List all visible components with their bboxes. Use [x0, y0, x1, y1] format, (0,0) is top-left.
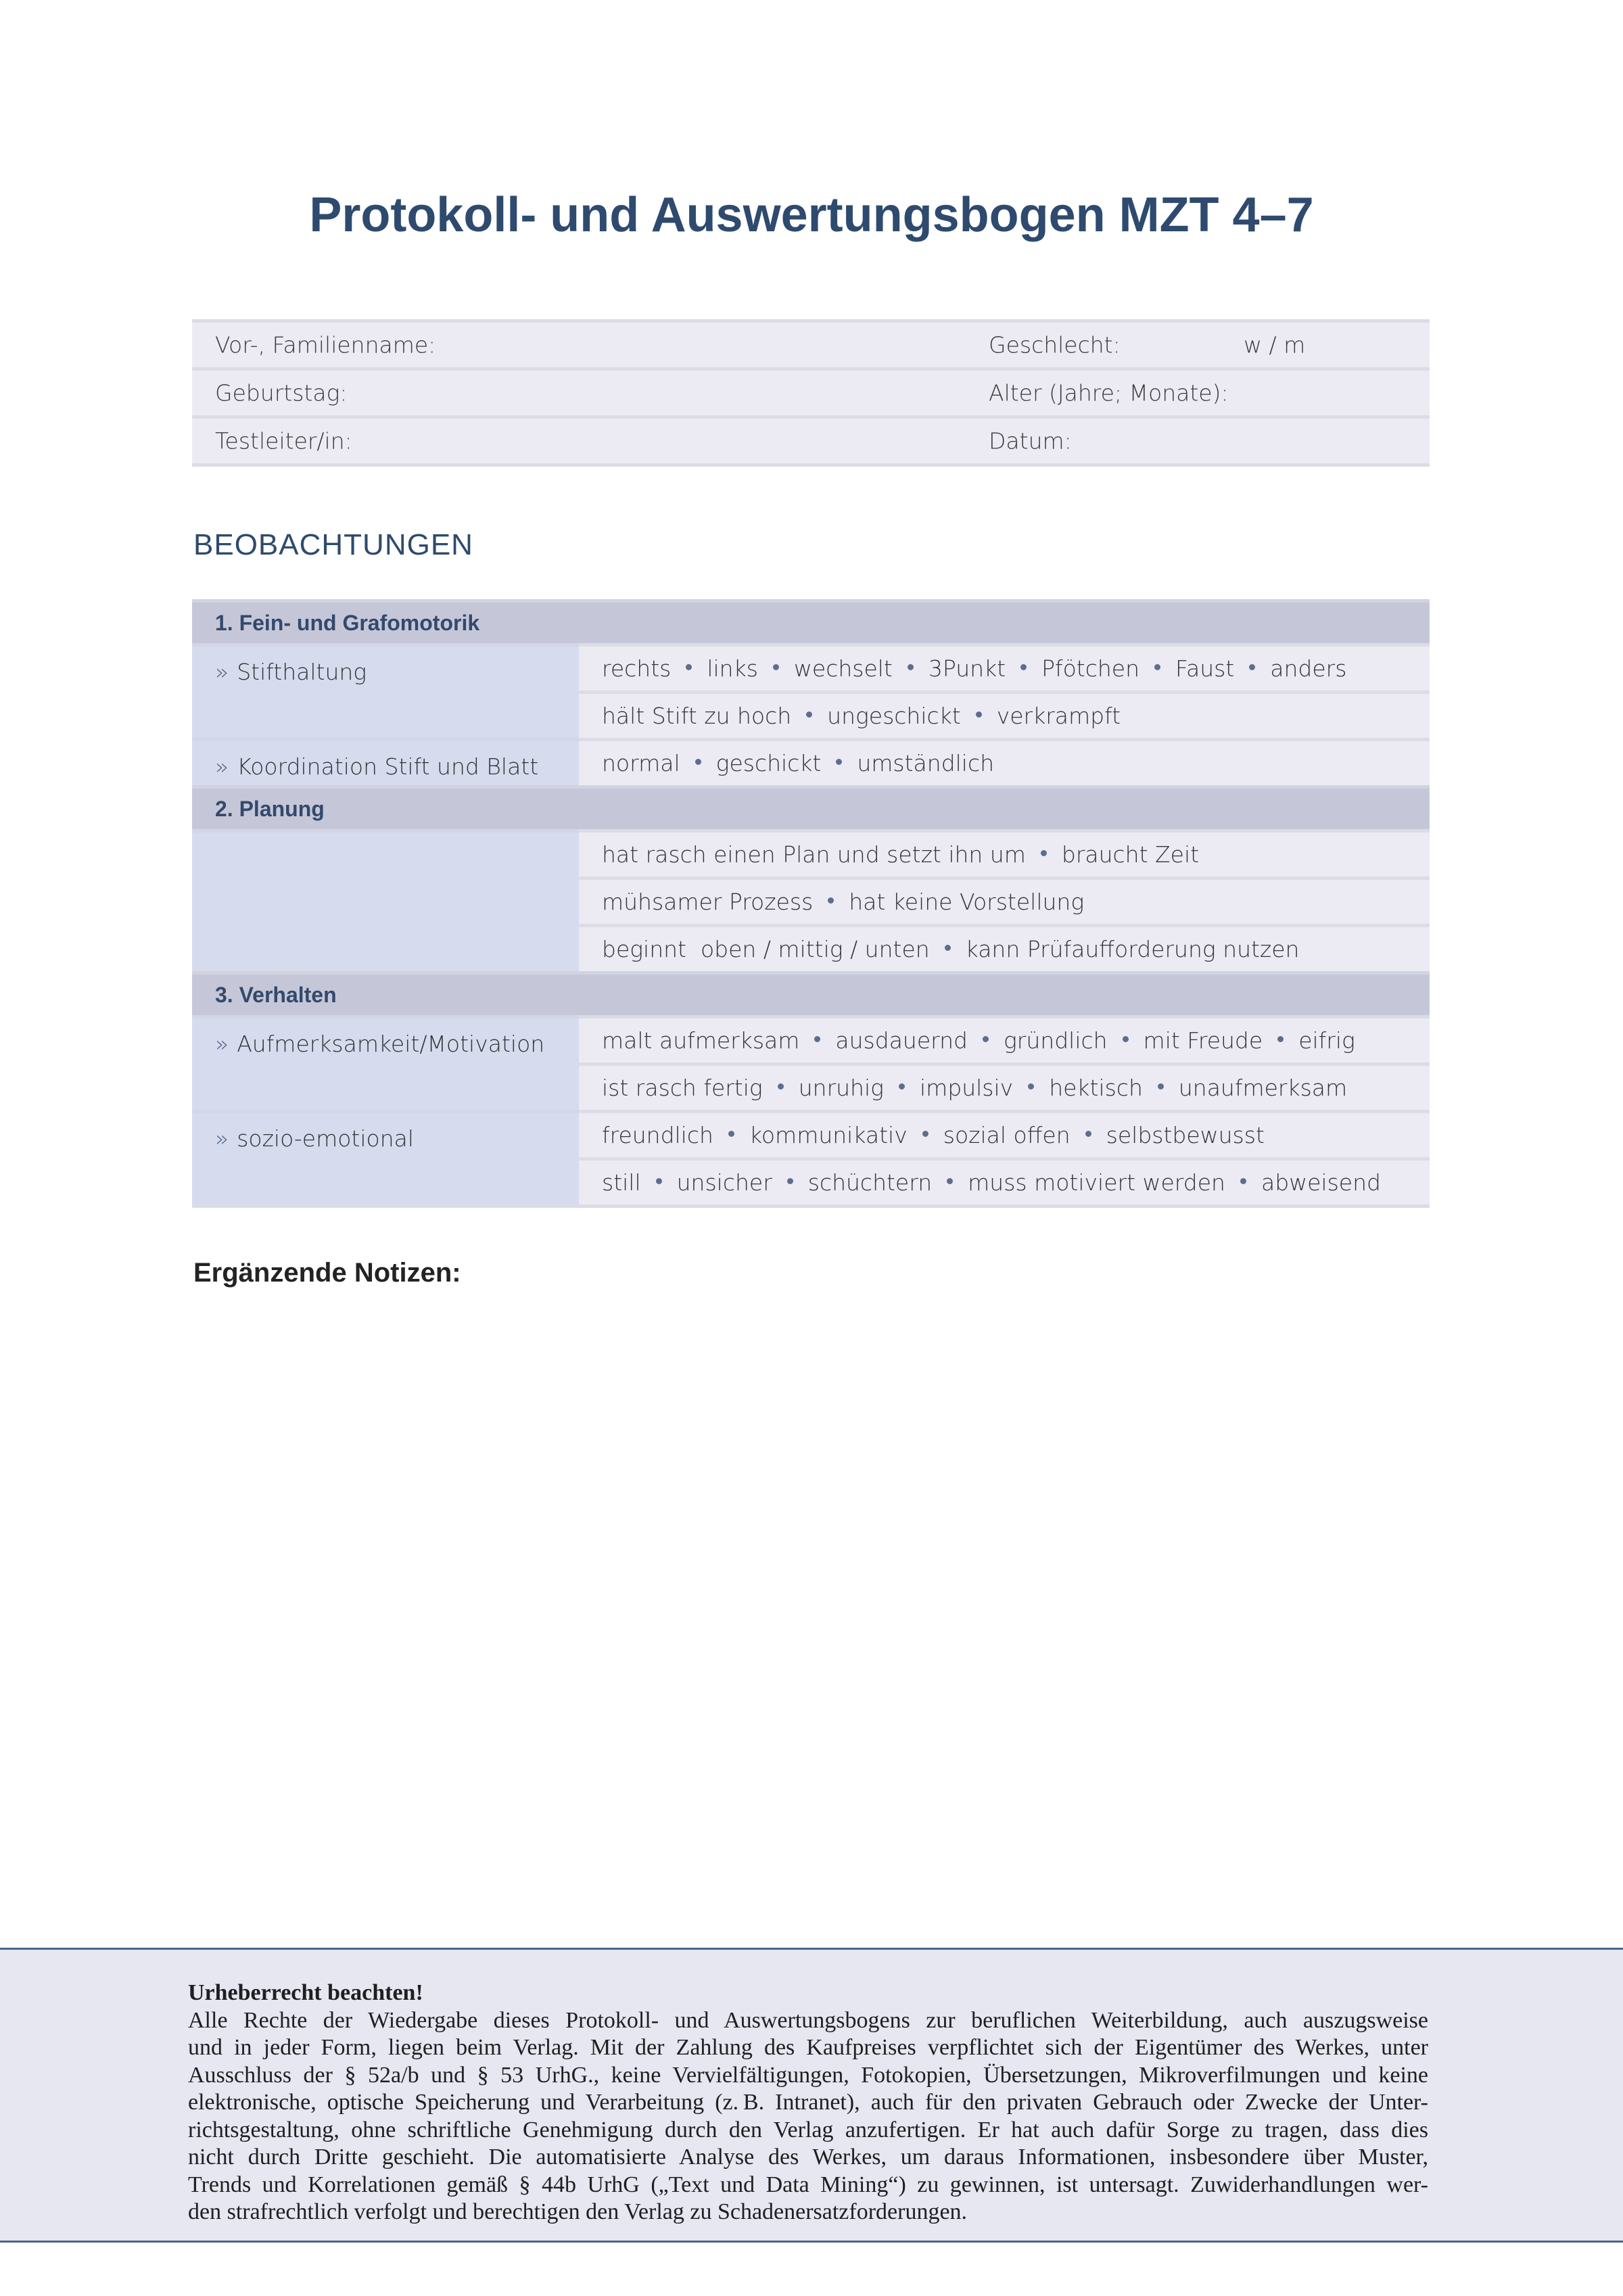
group-label: »sozio-emotional	[215, 1125, 414, 1152]
option-item[interactable]: rechts	[602, 655, 671, 682]
copyright-text: Urheberrecht beachten! Alle Rechte der W…	[188, 1979, 1428, 2226]
bullet-dot-icon	[899, 1083, 905, 1090]
option-item[interactable]: muss motiviert werden	[968, 1169, 1225, 1196]
option-item[interactable]: Faust	[1175, 655, 1234, 682]
birthday-field-label: Geburtstag:	[215, 380, 348, 406]
bullet-dot-icon	[922, 1131, 928, 1137]
group-label: »Stifthaltung	[215, 659, 367, 685]
name-field-label: Vor-, Familienname:	[215, 332, 436, 358]
notes-label: Ergänzende Notizen:	[193, 1252, 461, 1293]
copyright-line: richtsgestaltung, ohne schriftliche Gene…	[188, 2117, 1428, 2145]
copyright-heading: Urheberrecht beachten!	[188, 1979, 1428, 2007]
option-item[interactable]: mühsamer Prozess	[602, 889, 813, 915]
group-label-cell: »sozio-emotional	[192, 1110, 579, 1204]
chevron-double-right-icon: »	[215, 1031, 229, 1057]
group-label: »Aufmerksamkeit/Motivation	[215, 1031, 544, 1057]
observations-table: 1. Fein- und Grafomotorik»Stifthaltungre…	[192, 599, 1430, 1208]
option-item[interactable]: malt aufmerksam	[602, 1027, 799, 1054]
observations-heading: BEOBACHTUNGEN	[193, 525, 473, 565]
option-row: hat rasch einen Plan und setzt ihn umbra…	[579, 829, 1430, 876]
option-item[interactable]: anders	[1270, 655, 1346, 682]
option-item[interactable]: umständlich	[857, 750, 994, 776]
option-rows: malt aufmerksamausdauerndgründlichmit Fr…	[579, 1015, 1430, 1110]
group-label-text: Stifthaltung	[237, 659, 367, 685]
group-label-text: Koordination Stift und Blatt	[237, 753, 538, 780]
group-label: »Koordination Stift und Blatt	[215, 753, 538, 780]
option-item[interactable]: unsicher	[677, 1169, 772, 1196]
option-item[interactable]: sozial offen	[943, 1122, 1071, 1148]
option-item[interactable]: unruhig	[799, 1075, 884, 1101]
copyright-line: nicht durch Dritte geschieht. Die automa…	[188, 2144, 1428, 2172]
bullet-dot-icon	[1154, 664, 1160, 670]
option-item[interactable]: hält Stift zu hoch	[602, 703, 791, 729]
info-row-examiner[interactable]: Testleiter/in: Datum:	[192, 415, 1430, 467]
option-row: malt aufmerksamausdauerndgründlichmit Fr…	[579, 1015, 1430, 1062]
option-item[interactable]: abweisend	[1261, 1169, 1381, 1196]
option-rows: freundlichkommunikativsozial offenselbst…	[579, 1110, 1430, 1204]
info-row-name[interactable]: Vor-, Familienname: Geschlecht: w / m	[192, 319, 1430, 367]
option-item[interactable]: hat keine Vorstellung	[849, 889, 1084, 915]
group-label-cell: »Koordination Stift und Blatt	[192, 738, 579, 785]
option-item[interactable]: verkrampft	[997, 703, 1121, 729]
option-item[interactable]: freundlich	[602, 1122, 713, 1148]
option-rows: hat rasch einen Plan und setzt ihn umbra…	[579, 829, 1430, 971]
bullet-dot-icon	[1240, 1178, 1246, 1184]
bullet-dot-icon	[728, 1131, 734, 1137]
option-item[interactable]: 3Punkt	[928, 655, 1006, 682]
copyright-line: elektronische, optische Speicherung und …	[188, 2089, 1428, 2117]
age-field-label: Alter (Jahre; Monate):	[989, 380, 1229, 406]
option-item[interactable]: braucht Zeit	[1062, 841, 1199, 868]
gender-options[interactable]: w / m	[1244, 332, 1305, 358]
bullet-dot-icon	[983, 1036, 989, 1042]
section-header: 2. Planung	[192, 785, 1430, 829]
option-item[interactable]: geschickt	[716, 750, 822, 776]
section-header: 1. Fein- und Grafomotorik	[192, 599, 1430, 643]
bullet-dot-icon	[947, 1178, 953, 1184]
group-label-text: Aufmerksamkeit/Motivation	[237, 1031, 544, 1057]
bullet-dot-icon	[686, 664, 692, 670]
option-row: beginnt oben / mittig / untenkann Prüfau…	[579, 924, 1430, 971]
option-row: hält Stift zu hochungeschicktverkrampft	[579, 690, 1430, 738]
gender-field-label: Geschlecht:	[989, 332, 1121, 358]
option-item[interactable]: ungeschickt	[827, 703, 961, 729]
personal-info-table: Vor-, Familienname: Geschlecht: w / m Ge…	[192, 319, 1430, 467]
option-item[interactable]: Pfötchen	[1041, 655, 1139, 682]
bullet-dot-icon	[778, 1083, 784, 1090]
option-item[interactable]: wechselt	[794, 655, 893, 682]
observation-group: hat rasch einen Plan und setzt ihn umbra…	[192, 829, 1430, 971]
bullet-dot-icon	[814, 1036, 820, 1042]
option-item[interactable]: still	[602, 1169, 641, 1196]
section-header: 3. Verhalten	[192, 971, 1430, 1015]
copyright-line: Ausschluss der § 52a/b und § 53 UrhG., k…	[188, 2062, 1428, 2090]
option-rows: normalgeschicktumständlich	[579, 738, 1430, 785]
chevron-double-right-icon: »	[215, 1125, 229, 1152]
option-item[interactable]: mit Freude	[1144, 1027, 1263, 1054]
bullet-dot-icon	[806, 711, 812, 718]
bullet-dot-icon	[945, 945, 951, 951]
option-item[interactable]: ist rasch fertig	[602, 1075, 763, 1101]
option-item[interactable]: links	[707, 655, 758, 682]
bullet-dot-icon	[1028, 1083, 1034, 1090]
copyright-line: und in jeder Form, liegen beim Verlag. M…	[188, 2034, 1428, 2062]
option-row: normalgeschicktumständlich	[579, 738, 1430, 785]
observation-group: »Stifthaltungrechtslinkswechselt3PunktPf…	[192, 643, 1430, 738]
info-row-birthday[interactable]: Geburtstag: Alter (Jahre; Monate):	[192, 367, 1430, 415]
bullet-dot-icon	[1085, 1131, 1091, 1137]
bullet-dot-icon	[908, 664, 914, 670]
copyright-line: Alle Rechte der Wiedergabe dieses Protok…	[188, 2007, 1428, 2035]
copyright-line: den strafrechtlich verfolgt und berechti…	[188, 2199, 1428, 2226]
copyright-line: Trends und Korrelationen gemäß § 44b Urh…	[188, 2172, 1428, 2199]
bullet-dot-icon	[1249, 664, 1255, 670]
bullet-dot-icon	[1158, 1083, 1164, 1090]
option-item[interactable]: hat rasch einen Plan und setzt ihn um	[602, 841, 1026, 868]
bullet-dot-icon	[1277, 1036, 1284, 1042]
page-title: Protokoll- und Auswertungsbogen MZT 4–7	[0, 181, 1623, 249]
bullet-dot-icon	[1041, 850, 1047, 856]
bullet-dot-icon	[976, 711, 982, 718]
option-item[interactable]: hektisch	[1049, 1075, 1143, 1101]
option-item[interactable]: kommunikativ	[749, 1122, 908, 1148]
option-item[interactable]: normal	[602, 750, 680, 776]
bullet-dot-icon	[695, 759, 701, 765]
group-label-text: sozio-emotional	[237, 1125, 414, 1152]
option-item[interactable]: selbstbewusst	[1106, 1122, 1265, 1148]
option-rows: rechtslinkswechselt3PunktPfötchenFaustan…	[579, 643, 1430, 738]
bullet-dot-icon	[656, 1178, 662, 1184]
group-label-cell: »Stifthaltung	[192, 643, 579, 738]
observation-group: »Aufmerksamkeit/Motivationmalt aufmerksa…	[192, 1015, 1430, 1110]
date-field-label: Datum:	[989, 428, 1072, 454]
bullet-dot-icon	[828, 897, 834, 904]
examiner-field-label: Testleiter/in:	[215, 428, 352, 454]
option-item[interactable]: eifrig	[1298, 1027, 1355, 1054]
chevron-double-right-icon: »	[215, 659, 229, 685]
option-item[interactable]: beginnt oben / mittig / unten	[602, 936, 930, 962]
option-item[interactable]: gründlich	[1004, 1027, 1108, 1054]
option-row: stillunsicherschüchternmuss motiviert we…	[579, 1157, 1430, 1204]
option-row: ist rasch fertigunruhigimpulsivhektischu…	[579, 1062, 1430, 1110]
bullet-dot-icon	[787, 1178, 793, 1184]
option-item[interactable]: kann Prüfaufforderung nutzen	[966, 936, 1300, 962]
table-bottom-rule	[192, 1204, 1430, 1208]
option-row: mühsamer Prozesshat keine Vorstellung	[579, 876, 1430, 924]
copyright-notice: Urheberrecht beachten! Alle Rechte der W…	[0, 1948, 1623, 2243]
option-item[interactable]: ausdauernd	[835, 1027, 968, 1054]
option-row: rechtslinkswechselt3PunktPfötchenFaustan…	[579, 643, 1430, 690]
chevron-double-right-icon: »	[215, 753, 229, 780]
observation-group: »Koordination Stift und Blattnormalgesch…	[192, 738, 1430, 785]
group-label-cell	[192, 829, 579, 971]
observation-group: »sozio-emotionalfreundlichkommunikativso…	[192, 1110, 1430, 1204]
bullet-dot-icon	[773, 664, 779, 670]
option-row: freundlichkommunikativsozial offenselbst…	[579, 1110, 1430, 1157]
option-item[interactable]: unaufmerksam	[1179, 1075, 1347, 1101]
option-item[interactable]: schüchtern	[808, 1169, 932, 1196]
group-label-cell: »Aufmerksamkeit/Motivation	[192, 1015, 579, 1110]
bullet-dot-icon	[1020, 664, 1027, 670]
option-item[interactable]: impulsiv	[920, 1075, 1013, 1101]
bullet-dot-icon	[1123, 1036, 1129, 1042]
bullet-dot-icon	[836, 759, 842, 765]
